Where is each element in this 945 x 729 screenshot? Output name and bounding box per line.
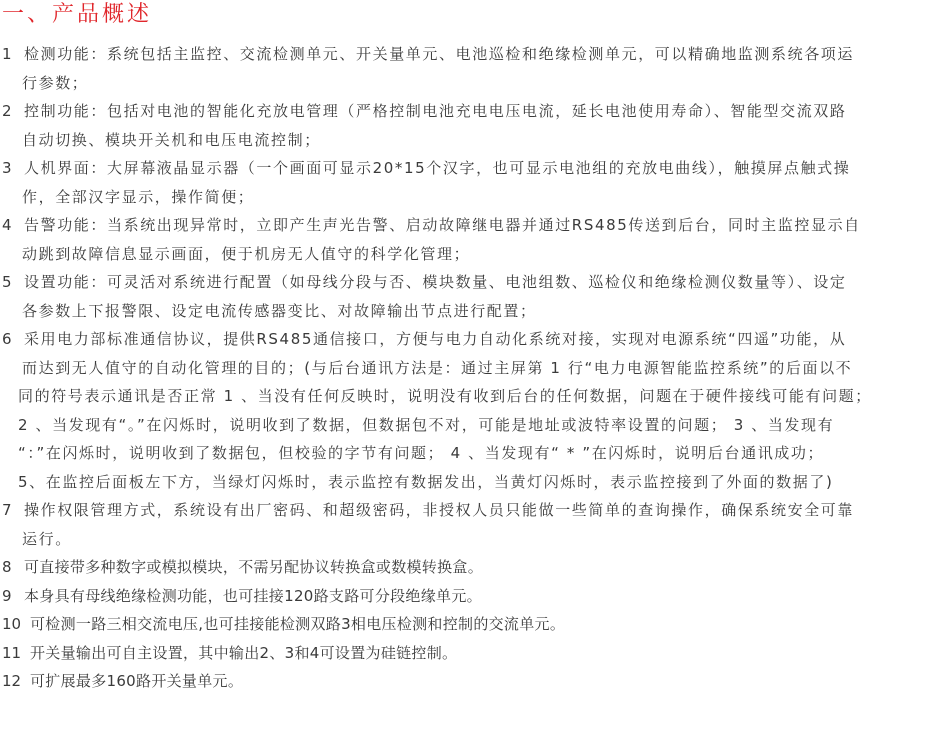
item-number: 12 (0, 667, 30, 696)
item-number: 8 (0, 553, 24, 582)
item-number: 11 (0, 639, 30, 668)
item-number: 3 (0, 154, 24, 183)
list-item-5: 5设置功能：可灵活对系统进行配置（如母线分段与否、模块数量、电池组数、巡检仪和绝… (0, 268, 945, 325)
feature-list: 1检测功能：系统包括主监控、交流检测单元、开关量单元、电池巡检和绝缘检测单元，可… (0, 40, 945, 696)
item-text-continued: 运行。 (0, 525, 945, 554)
item-number: 1 (0, 40, 24, 69)
item-text-continued: 行参数； (0, 69, 945, 98)
item-text-continued: 动跳到故障信息显示画面，便于机房无人值守的科学化管理； (0, 240, 945, 269)
item-text-continued: 5、在监控后面板左下方，当绿灯闪烁时，表示监控有数据发出，当黄灯闪烁时，表示监控… (0, 468, 945, 497)
item-text: 操作权限管理方式，系统设有出厂密码、和超级密码，非授权人员只能做一些简单的查询操… (24, 501, 854, 519)
item-text: 可检测一路三相交流电压,也可挂接能检测双路3相电压检测和控制的交流单元。 (30, 615, 565, 633)
item-number: 4 (0, 211, 24, 240)
item-text: 告警功能：当系统出现异常时，立即产生声光告警、启动故障继电器并通过RS485传送… (24, 216, 861, 234)
item-text-continued: 各参数上下报警限、设定电流传感器变比、对故障输出节点进行配置； (0, 297, 945, 326)
item-number: 2 (0, 97, 24, 126)
item-text: 可直接带多种数字或模拟模块，不需另配协议转换盒或数模转换盒。 (24, 558, 483, 576)
list-item-4: 4告警功能：当系统出现异常时，立即产生声光告警、启动故障继电器并通过RS485传… (0, 211, 945, 268)
item-text: 采用电力部标准通信协议，提供RS485通信接口，方便与电力自动化系统对接，实现对… (24, 330, 846, 348)
item-text: 开关量输出可自主设置，其中输出2、3和4可设置为硅链控制。 (30, 644, 457, 662)
list-item-2: 2控制功能：包括对电池的智能化充放电管理（严格控制电池充电电压电流，延长电池使用… (0, 97, 945, 154)
item-text-continued: 自动切换、模块开关机和电压电流控制； (0, 126, 945, 155)
item-text: 可扩展最多160路开关量单元。 (30, 672, 243, 690)
item-text-continued: 2 、当发现有“。”在闪烁时，说明收到了数据，但数据包不对，可能是地址或波特率设… (0, 411, 945, 440)
product-overview-page: 一、产品概述 1检测功能：系统包括主监控、交流检测单元、开关量单元、电池巡检和绝… (0, 0, 945, 729)
item-number: 5 (0, 268, 24, 297)
item-text-continued: 作，全部汉字显示，操作简便； (0, 183, 945, 212)
item-text: 本身具有母线绝缘检测功能，也可挂接120路支路可分段绝缘单元。 (24, 587, 482, 605)
item-text: 检测功能：系统包括主监控、交流检测单元、开关量单元、电池巡检和绝缘检测单元，可以… (24, 45, 854, 63)
item-number: 9 (0, 582, 24, 611)
item-text-continued: “：”在闪烁时，说明收到了数据包，但校验的字节有问题； 4 、当发现有“ * ”… (0, 439, 945, 468)
list-item-6: 6采用电力部标准通信协议，提供RS485通信接口，方便与电力自动化系统对接，实现… (0, 325, 945, 496)
list-item-3: 3人机界面：大屏幕液晶显示器（一个画面可显示20*15个汉字，也可显示电池组的充… (0, 154, 945, 211)
item-text: 控制功能：包括对电池的智能化充放电管理（严格控制电池充电电压电流，延长电池使用寿… (24, 102, 847, 120)
section-title: 一、产品概述 (2, 0, 152, 30)
item-number: 7 (0, 496, 24, 525)
item-text-continued: 而达到无人值守的自动化管理的目的；(与后台通讯方法是：通过主屏第 1 行“电力电… (0, 354, 945, 383)
list-item-11: 11开关量输出可自主设置，其中输出2、3和4可设置为硅链控制。 (0, 639, 945, 668)
item-text: 设置功能：可灵活对系统进行配置（如母线分段与否、模块数量、电池组数、巡检仪和绝缘… (24, 273, 847, 291)
item-text: 人机界面：大屏幕液晶显示器（一个画面可显示20*15个汉字，也可显示电池组的充放… (24, 159, 850, 177)
list-item-10: 10可检测一路三相交流电压,也可挂接能检测双路3相电压检测和控制的交流单元。 (0, 610, 945, 639)
list-item-7: 7操作权限管理方式，系统设有出厂密码、和超级密码，非授权人员只能做一些简单的查询… (0, 496, 945, 553)
list-item-8: 8可直接带多种数字或模拟模块，不需另配协议转换盒或数模转换盒。 (0, 553, 945, 582)
item-number: 10 (0, 610, 30, 639)
list-item-1: 1检测功能：系统包括主监控、交流检测单元、开关量单元、电池巡检和绝缘检测单元，可… (0, 40, 945, 97)
list-item-9: 9本身具有母线绝缘检测功能，也可挂接120路支路可分段绝缘单元。 (0, 582, 945, 611)
list-item-12: 12可扩展最多160路开关量单元。 (0, 667, 945, 696)
item-text-continued: 同的符号表示通讯是否正常 1 、当没有任何反映时，说明没有收到后台的任何数据，问… (0, 382, 945, 411)
item-number: 6 (0, 325, 24, 354)
